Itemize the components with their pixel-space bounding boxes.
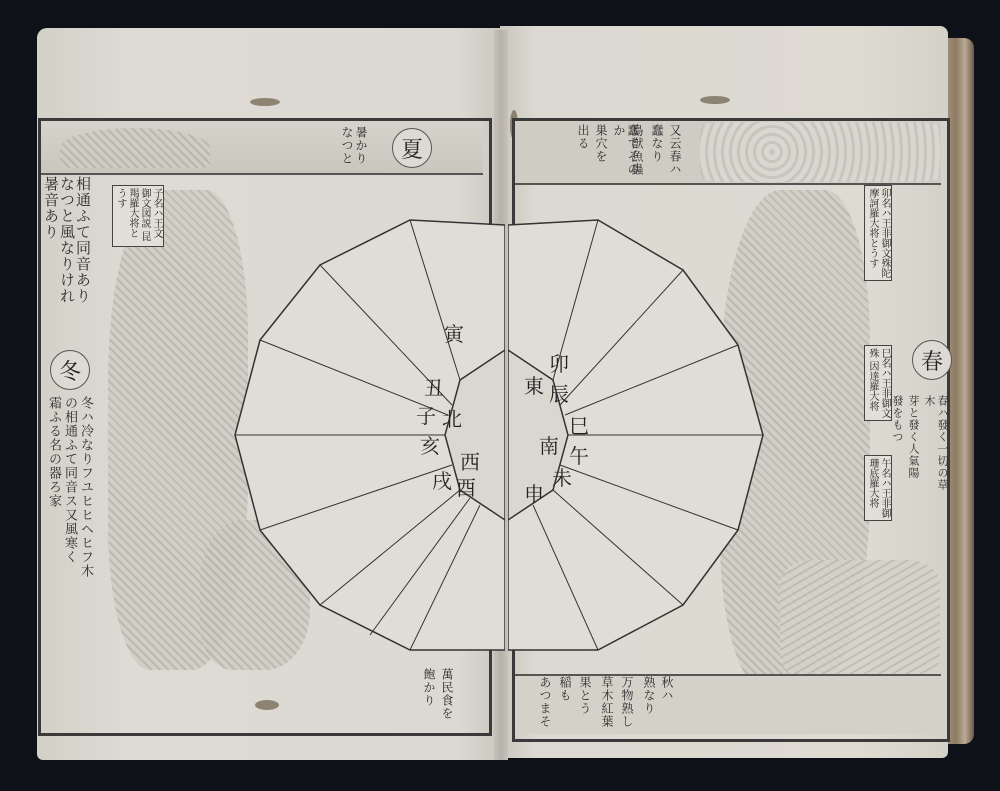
spring-seal: 春	[912, 340, 952, 380]
left-bottom-text: 萬民食を飽かり	[420, 668, 456, 728]
right-bottom-text: 秋ハ 熟なり 万物熟し 草木紅葉 果とう 稲も あつまそ	[520, 676, 680, 732]
right-side-text: 春ハ發く一切の草木 芽と發く人氣陽 發をもつ	[885, 395, 943, 505]
thread-stain	[700, 96, 730, 104]
general-caption-horse: 午名ハ王非御 珊底羅大将	[864, 455, 892, 521]
summer-seal: 夏	[392, 128, 432, 168]
general-caption-snake: 巳名ハ王非御文殊 因達羅大将	[864, 345, 892, 421]
general-caption-rabbit: 卯名ハ王非御文殊陀 摩訶羅大将とうす	[864, 185, 892, 281]
thread-stain	[250, 98, 280, 106]
left-side-text-lower: 冬ハ冷なりフユヒヒヘヒフ木 の相通ふて同音ス又風寒く 霜ふる名の器ろ家	[44, 396, 100, 616]
right-top-text: 又云春ハ 蠢なり 鳥獣魚蟲 蠢てそのか 巣穴を 出る	[540, 124, 690, 180]
open-book: 夏 冬 暑かりなつと 相通ふて同音あり なつと風なりけれ 暑音あり 冬ハ冷なりフ…	[0, 0, 1000, 791]
left-side-text-upper: 相通ふて同音あり なつと風なりけれ 暑音あり	[44, 176, 100, 340]
winter-seal: 冬	[50, 350, 90, 390]
general-caption: 子名ハ王文御文図説 昆羯羅大将とうす	[112, 185, 164, 247]
cherry-blossom-illustration	[700, 122, 940, 182]
left-top-text: 暑かりなつと	[340, 126, 368, 176]
mountain-illustration	[60, 128, 210, 168]
maple-leaf-illustration	[780, 560, 940, 680]
